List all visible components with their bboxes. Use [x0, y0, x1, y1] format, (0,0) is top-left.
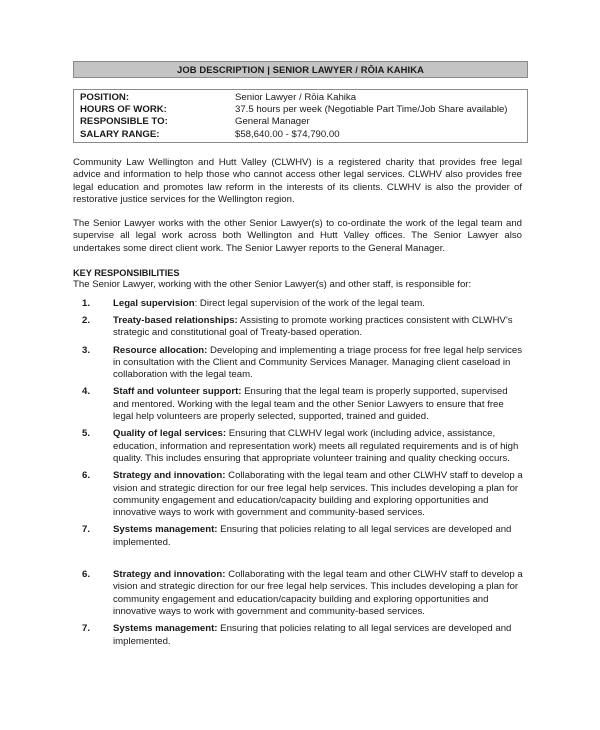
info-value: Senior Lawyer / Rōia Kahika — [235, 92, 527, 104]
item-number: 5. — [73, 428, 113, 465]
info-value: General Manager — [235, 116, 527, 128]
info-row-responsible-to: RESPONSIBLE TO: General Manager — [80, 116, 527, 128]
item-body: Staff and volunteer support: Ensuring th… — [113, 386, 523, 423]
item-title: Strategy and innovation: — [113, 470, 225, 481]
item-body: Legal supervision: Direct legal supervis… — [113, 298, 523, 310]
info-row-salary: SALARY RANGE: $58,640.00 - $74,790.00 — [80, 129, 527, 141]
list-item: 4.Staff and volunteer support: Ensuring … — [73, 386, 528, 423]
item-number: 2. — [73, 315, 113, 340]
organisation-paragraph: Community Law Wellington and Hutt Valley… — [73, 157, 522, 206]
item-number: 3. — [73, 345, 113, 382]
list-item: 1.Legal supervision: Direct legal superv… — [73, 298, 528, 310]
item-body: Strategy and innovation: Collaborating w… — [113, 569, 523, 618]
item-body: Systems management: Ensuring that polici… — [113, 524, 523, 549]
item-body: Treaty-based relationships: Assisting to… — [113, 315, 523, 340]
item-title: Systems management: — [113, 623, 218, 634]
role-summary-paragraph: The Senior Lawyer works with the other S… — [73, 218, 522, 255]
info-row-position: POSITION: Senior Lawyer / Rōia Kahika — [80, 92, 527, 104]
job-description-page: JOB DESCRIPTION | SENIOR LAWYER / RŌIA K… — [73, 61, 528, 648]
list-item: 5.Quality of legal services: Ensuring th… — [73, 428, 528, 465]
list-item: 7.Systems management: Ensuring that poli… — [73, 524, 528, 549]
list-item: 6.Strategy and innovation: Collaborating… — [73, 470, 528, 519]
list-item: 7.Systems management: Ensuring that poli… — [73, 623, 528, 648]
key-responsibilities-intro: The Senior Lawyer, working with the othe… — [73, 279, 528, 291]
info-value: 37.5 hours per week (Negotiable Part Tim… — [235, 104, 527, 116]
item-title: Strategy and innovation: — [113, 569, 225, 580]
item-title: Legal supervision — [113, 298, 195, 309]
info-label: HOURS OF WORK: — [80, 104, 235, 116]
item-title: Treaty-based relationships: — [113, 315, 238, 326]
list-item: 2.Treaty-based relationships: Assisting … — [73, 315, 528, 340]
key-responsibilities-heading: KEY RESPONSIBILITIES — [73, 267, 528, 279]
list-item: 6.Strategy and innovation: Collaborating… — [73, 569, 528, 618]
info-label: RESPONSIBLE TO: — [80, 116, 235, 128]
info-row-hours: HOURS OF WORK: 37.5 hours per week (Nego… — [80, 104, 527, 116]
item-title: Quality of legal services: — [113, 428, 226, 439]
item-number: 7. — [73, 524, 113, 549]
item-body: Resource allocation: Developing and impl… — [113, 345, 523, 382]
list-item: 3.Resource allocation: Developing and im… — [73, 345, 528, 382]
info-label: POSITION: — [80, 92, 235, 104]
item-description: : Direct legal supervision of the work o… — [195, 298, 425, 309]
item-number: 6. — [73, 569, 113, 618]
item-number: 1. — [73, 298, 113, 310]
item-body: Systems management: Ensuring that polici… — [113, 623, 523, 648]
job-info-table: POSITION: Senior Lawyer / Rōia Kahika HO… — [73, 89, 528, 143]
responsibilities-list: 1.Legal supervision: Direct legal superv… — [73, 298, 528, 648]
item-body: Quality of legal services: Ensuring that… — [113, 428, 523, 465]
document-title: JOB DESCRIPTION | SENIOR LAWYER / RŌIA K… — [73, 61, 528, 78]
item-title: Staff and volunteer support: — [113, 386, 241, 397]
item-body: Strategy and innovation: Collaborating w… — [113, 470, 523, 519]
info-value: $58,640.00 - $74,790.00 — [235, 129, 527, 141]
item-number: 6. — [73, 470, 113, 519]
item-number: 7. — [73, 623, 113, 648]
item-number: 4. — [73, 386, 113, 423]
item-title: Resource allocation: — [113, 345, 207, 356]
item-title: Systems management: — [113, 524, 218, 535]
info-label: SALARY RANGE: — [80, 129, 235, 141]
